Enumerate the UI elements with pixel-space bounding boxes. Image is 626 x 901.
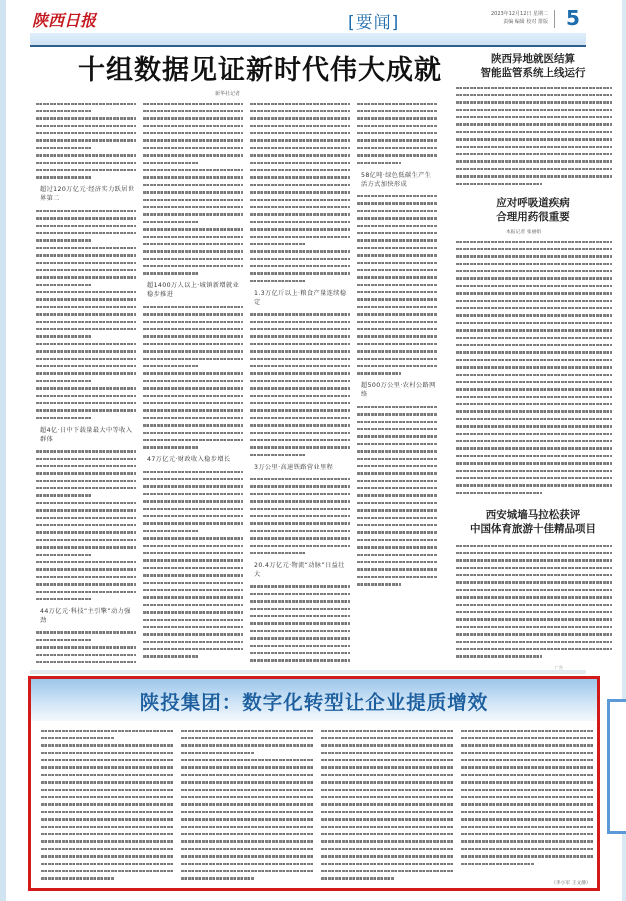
subhead: 超过120万亿元·经济实力跃居世界第二 [40, 185, 136, 203]
lead-column-2: 超1400万人以上·城镇新增就业稳步推进 47万亿元·财政收入稳步增长 [143, 100, 243, 665]
title-line: 应对呼吸道疾病 [448, 196, 618, 210]
body-text [143, 100, 243, 277]
sidebar-story-2-byline: 本报记者 张丽娟 [506, 228, 541, 235]
body-text [357, 403, 437, 588]
lead-headline: 十组数据见证新时代伟大成就 [70, 48, 450, 87]
sidebar-story-2-title: 应对呼吸道疾病 合理用药很重要 [448, 196, 618, 224]
editor-credits: 责编 编辑 校对 排版 [468, 18, 548, 26]
lead-column-3: 1.3万亿斤以上·粮食产量连续稳定 3万公里·高速铁路营业里程 20.4万亿元·… [250, 100, 350, 665]
subhead: 20.4万亿元·物流“动脉”日益壮大 [254, 561, 350, 579]
body-text [357, 100, 437, 167]
divider [554, 10, 555, 28]
feature-column-3 [321, 727, 453, 887]
title-line: 合理用药很重要 [448, 210, 618, 224]
body-text [250, 100, 350, 285]
subhead: 超500万公里·农村公路网络 [361, 381, 437, 399]
body-text [250, 476, 350, 557]
body-text [36, 448, 136, 603]
feature-column-4 [461, 727, 593, 877]
feature-credit: （李小军 王文静） [551, 879, 591, 886]
sidebar-story-1-body [456, 84, 612, 194]
body-text [357, 193, 437, 378]
feature-article-highlight[interactable]: 陕投集团：数字化转型让企业提质增效 （李小军 王文静） [28, 676, 600, 891]
masthead: 陕西日报 [要闻] 2023年12月12日 星期二 责编 编辑 校对 排版 5 [28, 8, 584, 32]
body-text [36, 100, 136, 181]
left-margin-bar [0, 0, 6, 901]
subhead: 58亿吨·绿色低碳生产生活方式加快形成 [361, 171, 437, 189]
sidebar-story-3-body [456, 542, 612, 664]
lead-column-4: 58亿吨·绿色低碳生产生活方式加快形成 超500万公里·农村公路网络 [357, 100, 437, 665]
body-text [250, 311, 350, 459]
title-line: 智能监管系统上线运行 [448, 66, 618, 80]
date-block: 2023年12月12日 星期二 责编 编辑 校对 排版 [468, 10, 548, 26]
subhead: 44万亿元·科技“主引擎”动力强劲 [40, 607, 136, 625]
body-text [36, 207, 136, 421]
subhead: 超4亿·日中下载量最大中等收入群体 [40, 426, 136, 444]
subhead: 47万亿元·财政收入稳步增长 [147, 455, 243, 464]
feature-header-banner: 陕投集团：数字化转型让企业提质增效 [31, 679, 597, 721]
subhead: 1.3万亿斤以上·粮食产量连续稳定 [254, 289, 350, 307]
feature-column-2 [181, 727, 313, 887]
sidebar-story-2-body [456, 238, 612, 506]
title-line: 陕西异地就医结算 [448, 52, 618, 66]
section-label: [要闻] [348, 8, 399, 33]
body-text [143, 468, 243, 660]
newspaper-logo: 陕西日报 [32, 8, 96, 31]
title-line: 西安城墙马拉松获评 [448, 508, 618, 522]
body-text [250, 583, 350, 665]
header-rule [30, 45, 586, 47]
body-text [36, 629, 136, 665]
lead-byline: 新华社记者 [215, 90, 240, 97]
sidebar-story-1-title: 陕西异地就医结算 智能监管系统上线运行 [448, 52, 618, 80]
ad-label: 广告 [555, 665, 563, 671]
adjacent-page-frame [607, 699, 626, 834]
subhead: 超1400万人以上·城镇新增就业稳步推进 [147, 281, 243, 299]
page-number: 5 [566, 6, 580, 30]
ad-separator [30, 670, 586, 674]
feature-headline: 陕投集团：数字化转型让企业提质增效 [31, 687, 597, 715]
feature-column-1 [41, 727, 173, 887]
sidebar-story-3-title: 西安城墙马拉松获评 中国体育旅游十佳精品项目 [448, 508, 618, 536]
lead-column-1: 超过120万亿元·经济实力跃居世界第二 超4亿·日中下载量最大中等收入群体 44… [36, 100, 136, 665]
subhead: 3万公里·高速铁路营业里程 [254, 463, 350, 472]
issue-date: 2023年12月12日 星期二 [468, 10, 548, 18]
title-line: 中国体育旅游十佳精品项目 [448, 522, 618, 536]
body-text [143, 303, 243, 451]
header-band [30, 33, 586, 45]
